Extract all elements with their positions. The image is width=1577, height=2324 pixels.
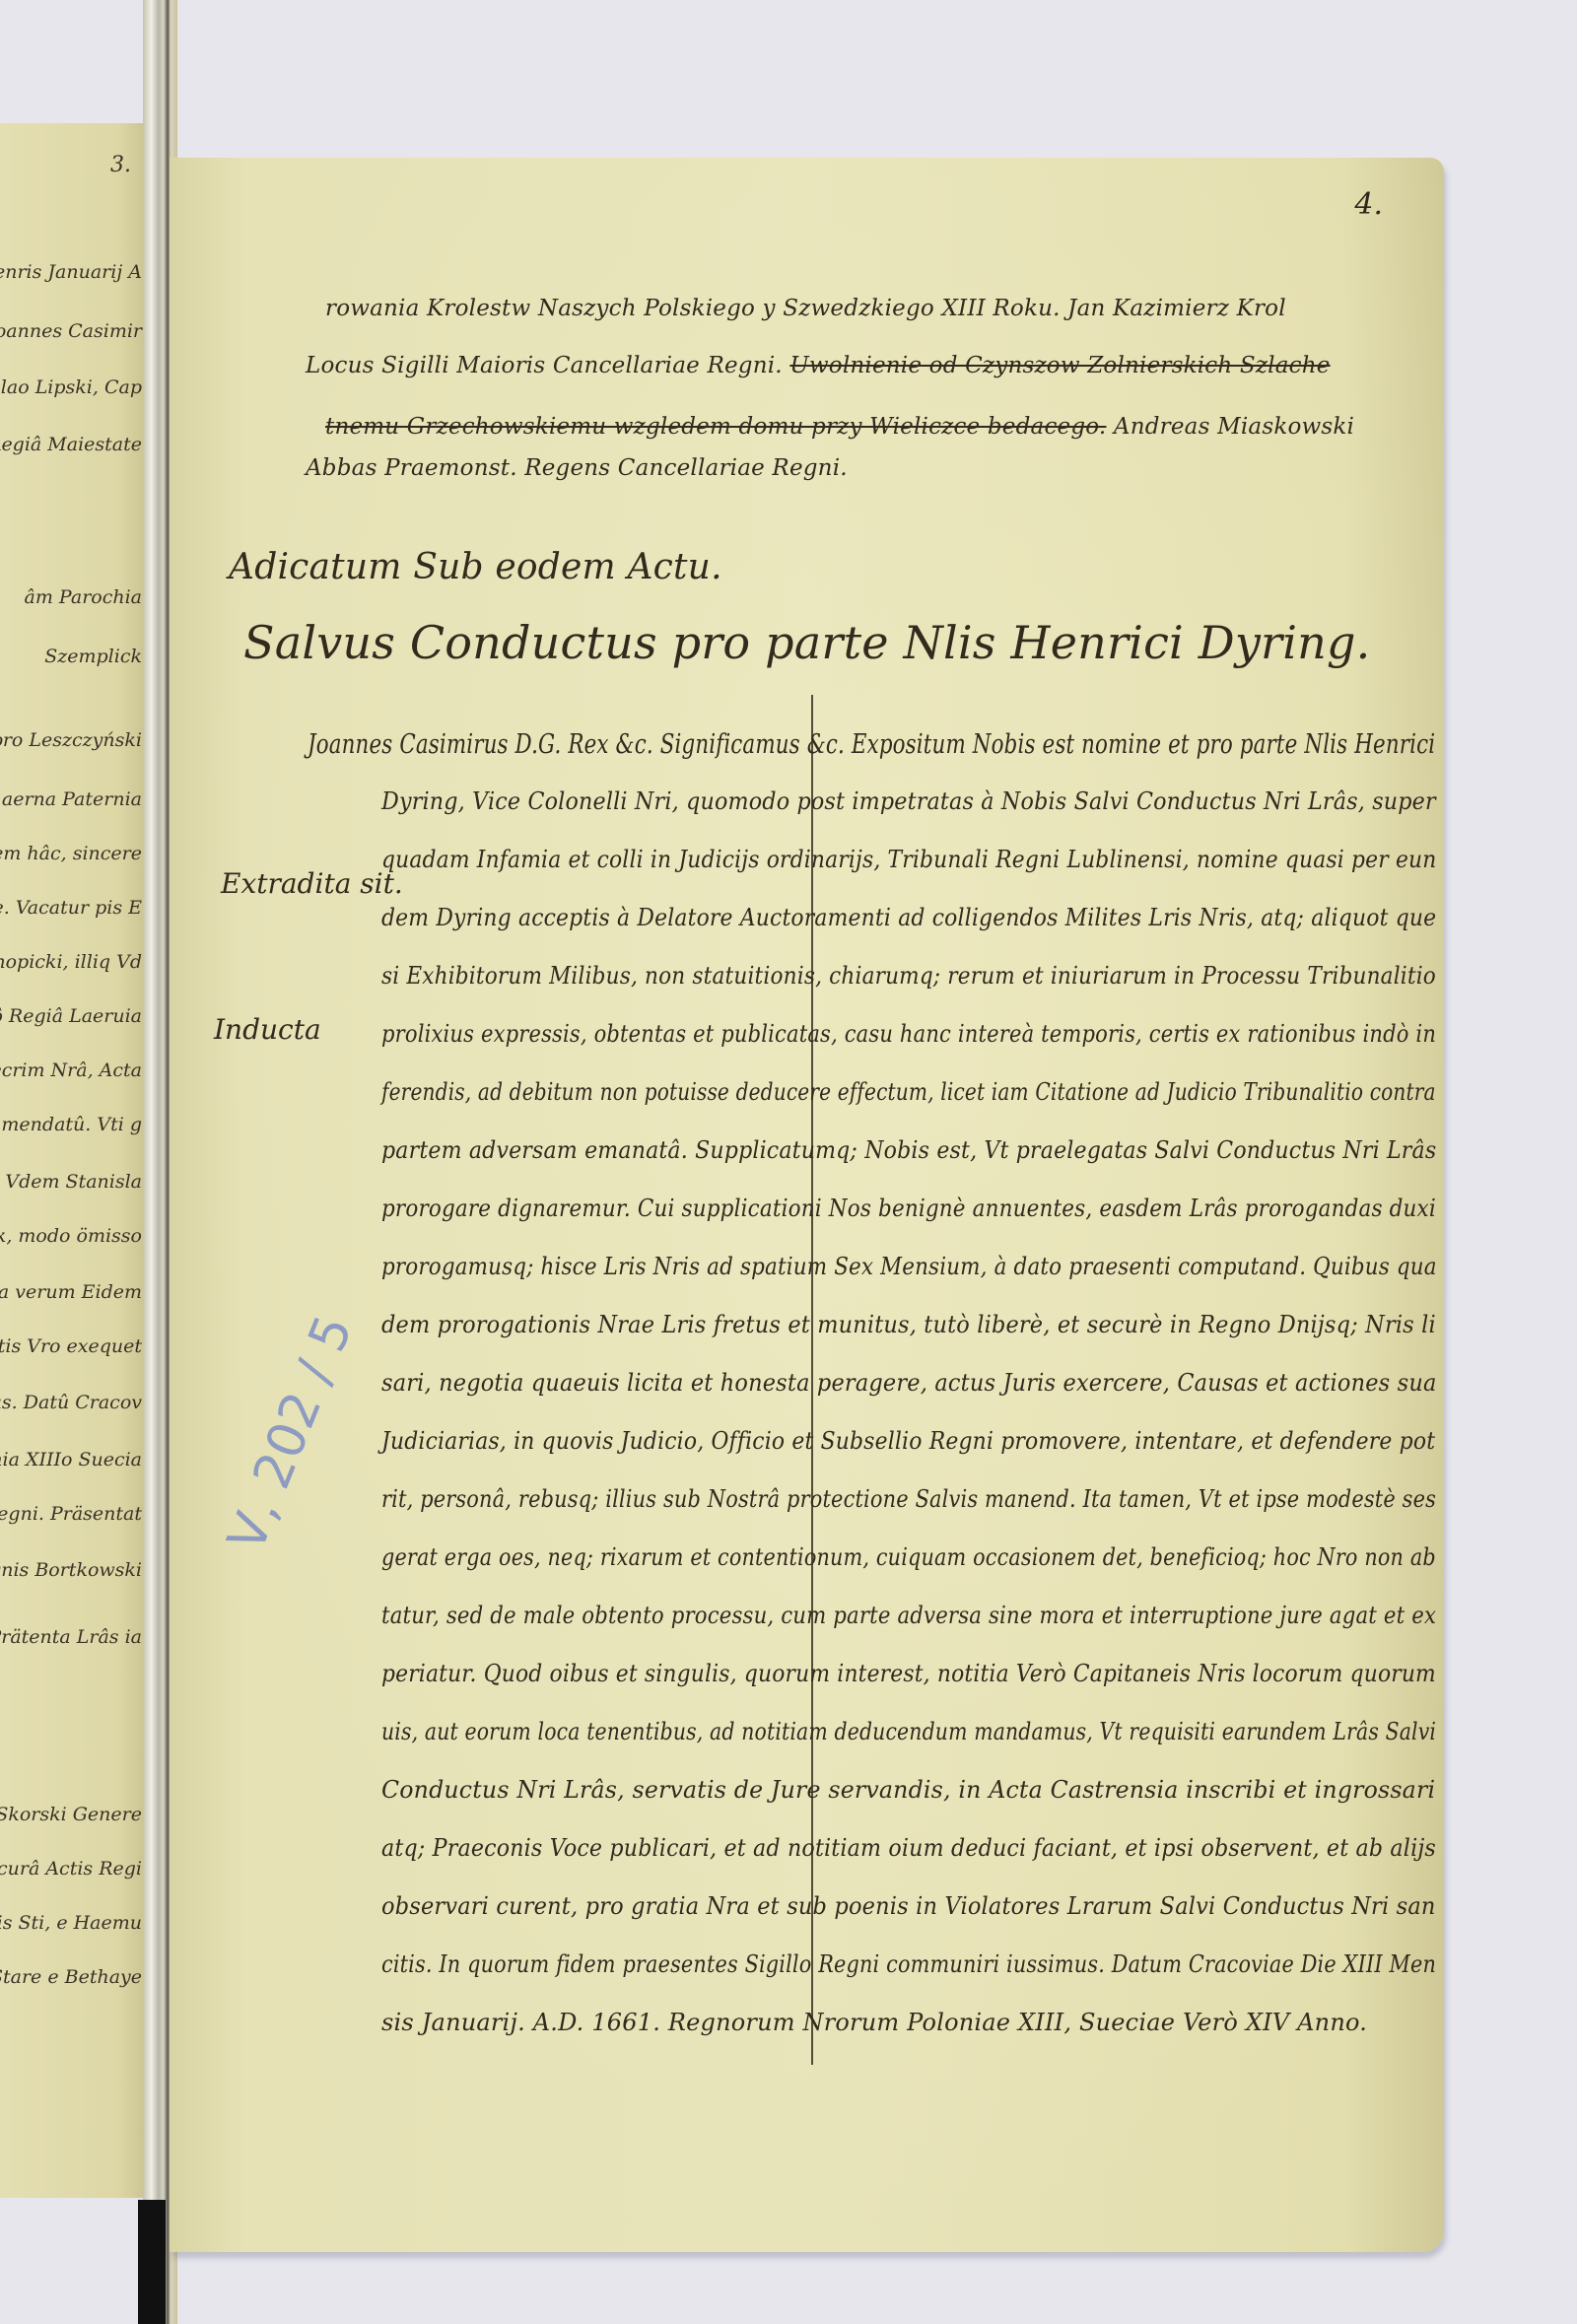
left-page-line: ipi aerna Paternia xyxy=(0,788,148,810)
header-line: Locus Sigilli Maioris Cancellariae Regni… xyxy=(306,353,1331,378)
left-page-line: ua Vdem Stanisla xyxy=(0,1171,148,1193)
body-line: Judiciarias, in quovis Judicio, Officio … xyxy=(381,1427,1435,1455)
folio-number-left: 3. xyxy=(110,153,131,177)
margin-note-inducta: Inducta xyxy=(214,1015,321,1046)
header-line: tnemu Grzechowskiemu wzgledem domu przy … xyxy=(325,414,1354,440)
text-segment: rowania Krolestw Naszych Polskiego y Szw… xyxy=(325,296,1286,321)
left-page-line: Prätenta Lrâs ia xyxy=(0,1626,148,1648)
body-line: atq; Praeconis Voce publicari, et ad not… xyxy=(381,1834,1436,1862)
left-page-line: no Skorski Genere xyxy=(0,1804,148,1825)
left-page-line: no. Joannes Casimir xyxy=(0,320,148,342)
left-page-line: bi curâ Actis Regi xyxy=(0,1858,148,1880)
body-line: citis. In quorum fidem praesentes Sigill… xyxy=(381,1950,1436,1978)
section-heading: Adicatum Sub eodem Actu. xyxy=(229,547,722,587)
left-page-line: Szemplick xyxy=(0,646,148,667)
left-page-line: statem hâc, sincere xyxy=(0,843,148,864)
body-line: uis, aut eorum loca tenentibus, ad notit… xyxy=(381,1718,1436,1745)
body-line: periatur. Quod oibus et singulis, quorum… xyxy=(381,1660,1436,1687)
header-line: rowania Krolestw Naszych Polskiego y Szw… xyxy=(325,296,1286,321)
folio-number: 4. xyxy=(1354,187,1383,222)
left-page-line: ri Lenopicki, illiq Vd xyxy=(0,951,148,973)
left-page-line: sima verum Eidem xyxy=(0,1281,148,1303)
left-page-line: lli Regni. Präsentat xyxy=(0,1503,148,1525)
left-page-line: Decrim Nrâ, Acta xyxy=(0,1059,148,1081)
text-segment: Locus Sigilli Maioris Cancellariae Regni… xyxy=(306,353,789,378)
left-page-line: ro Nenris Januarij A xyxy=(0,261,148,283)
body-line: prolixius expressis, obtentas et publica… xyxy=(381,1020,1436,1048)
struck-text: Uwolnienie od Czynszow Zolnierskich Szla… xyxy=(789,353,1330,378)
body-line: gerat erga oes, neq; rixarum et contenti… xyxy=(381,1543,1436,1571)
body-line: observari curent, pro gratia Nra et sub … xyxy=(381,1892,1436,1920)
body-line: sis Januarij. A.D. 1661. Regnorum Nrorum… xyxy=(381,2009,1367,2036)
body-line: dem Dyring acceptis à Delatore Auctorame… xyxy=(381,904,1436,931)
body-line: prorogare dignaremur. Cui supplicationi … xyxy=(381,1195,1436,1222)
left-page-line: cuis Sti, e Haemu xyxy=(0,1912,148,1934)
body-line: tatur, sed de male obtento processu, cum… xyxy=(381,1602,1436,1629)
left-page-line: ecte. Vacatur pis E xyxy=(0,897,148,919)
left-page-line: ârô Regiâ Laeruia xyxy=(0,1005,148,1027)
margin-note-extradita: Extradita sit. xyxy=(221,869,403,900)
text-segment: Andreas Miaskowski xyxy=(1106,414,1354,440)
left-page-line: Stare e Bethaye xyxy=(0,1966,148,1988)
body-line: Dyring, Vice Colonelli Nri, quomodo post… xyxy=(381,787,1436,815)
header-line: Abbas Praemonst. Regens Cancellariae Reg… xyxy=(306,455,848,481)
left-page-line: lonia XIIIo Suecia xyxy=(0,1449,148,1470)
body-line: ferendis, ad debitum non potuisse deduce… xyxy=(381,1078,1436,1106)
body-line: prorogamusq; hisce Lris Nris ad spatium … xyxy=(381,1253,1437,1280)
body-line: quadam Infamia et colli in Judicijs ordi… xyxy=(381,846,1436,873)
body-line: si Exhibitorum Milibus, non statuitionis… xyxy=(381,962,1436,990)
manuscript-page: 4. rowania Krolestw Naszych Polskiego y … xyxy=(170,158,1444,2252)
left-page-line: verò Regiâ Maiestate xyxy=(0,434,148,455)
body-line: Conductus Nri Lrâs, servatis de Jure ser… xyxy=(381,1776,1435,1804)
left-page-line: âm Parochia xyxy=(0,586,148,608)
body-line: dem prorogationis Nrae Lris fretus et mu… xyxy=(381,1311,1436,1338)
entry-title: Salvus Conductus pro parte Nlis Henrici … xyxy=(243,616,1370,669)
body-line: sari, negotia quaeuis licita et honesta … xyxy=(381,1369,1437,1397)
left-page-line: Stanislao Lipski, Cap xyxy=(0,376,148,398)
left-page-line: netis Vro exequet xyxy=(0,1335,148,1357)
body-line: Joannes Casimirus D.G. Rex &c. Significa… xyxy=(308,729,1435,760)
left-page-line: Dnis Bortkowski xyxy=(0,1559,148,1581)
left-page-line: umiek, modo ömisso xyxy=(0,1225,148,1247)
left-page-fragment: 3. ro Nenris Januarij Ano. Joannes Casim… xyxy=(0,123,148,2198)
text-segment: Abbas Praemonst. Regens Cancellariae Reg… xyxy=(306,455,848,481)
left-page-line: Lepro Leszczyński xyxy=(0,729,148,751)
struck-text: tnemu Grzechowskiemu wzgledem domu przy … xyxy=(325,414,1106,440)
binding-shadow xyxy=(138,2200,166,2324)
left-page-line: ramus. Datû Cracov xyxy=(0,1392,148,1413)
left-page-line: ne commendatû. Vti g xyxy=(0,1114,148,1135)
body-line: rit, personâ, rebusq; illius sub Nostrâ … xyxy=(381,1485,1436,1513)
body-line: partem adversam emanatâ. Supplicatumq; N… xyxy=(381,1136,1436,1164)
